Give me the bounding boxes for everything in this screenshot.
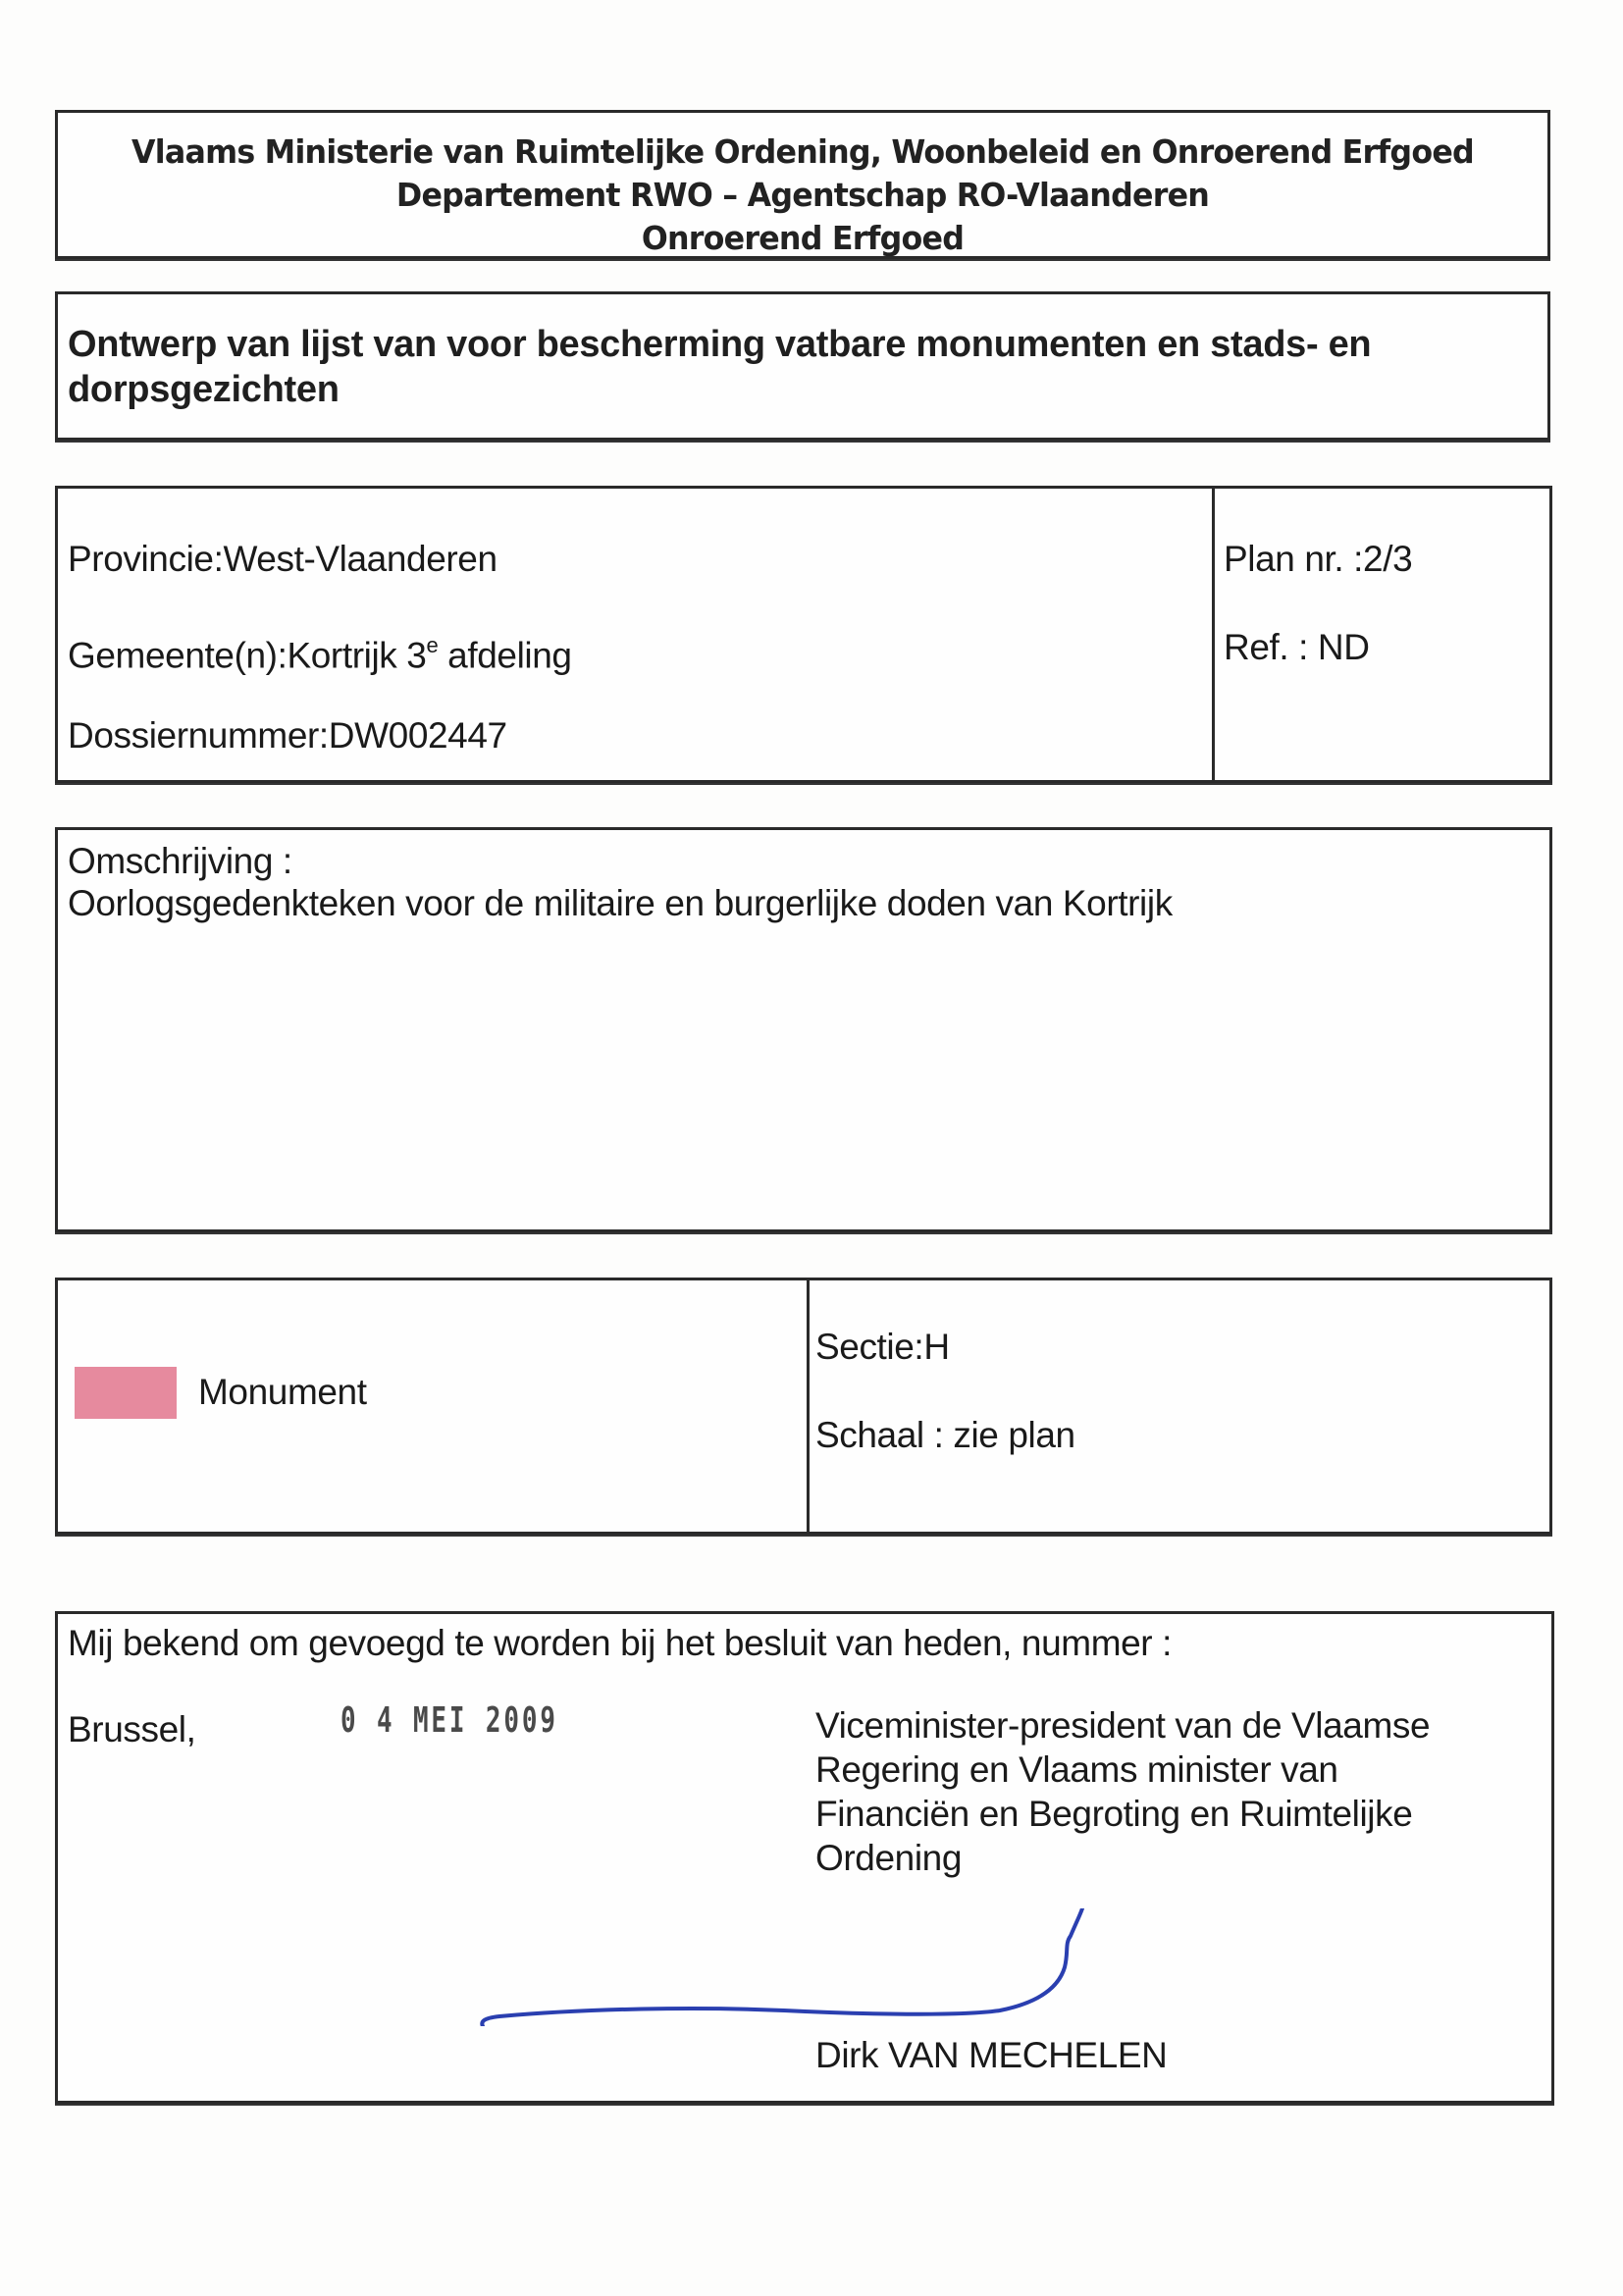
description-box: Omschrijving : Oorlogsgedenkteken voor d…	[55, 827, 1552, 1232]
schaal-field: Schaal : zie plan	[815, 1414, 1075, 1457]
document-title: Ontwerp van lijst van voor bescherming v…	[68, 322, 1538, 412]
signature-box: Mij bekend om gevoegd te worden bij het …	[55, 1611, 1554, 2104]
signatory-title-line-1: Viceminister-president van de Vlaamse	[815, 1704, 1430, 1748]
location-details-box: Provincie:West-Vlaanderen Gemeente(n):Ko…	[55, 486, 1552, 783]
ministry-header: Vlaams Ministerie van Ruimtelijke Ordeni…	[55, 110, 1550, 259]
signatory-title-line-4: Ordening	[815, 1837, 962, 1880]
monument-color-swatch	[75, 1367, 177, 1419]
legend-box: Monument Sectie:H Schaal : zie plan	[55, 1278, 1552, 1535]
reference-field: Ref. : ND	[1224, 626, 1370, 669]
plan-number-field: Plan nr. :2/3	[1224, 538, 1412, 581]
column-divider	[807, 1280, 810, 1532]
ministry-name: Vlaams Ministerie van Ruimtelijke Ordeni…	[87, 130, 1517, 174]
sectie-field: Sectie:H	[815, 1326, 950, 1369]
gemeente-suffix: afdeling	[438, 635, 571, 675]
gemeente-prefix: Gemeente(n):Kortrijk 3	[68, 635, 426, 675]
column-divider	[1212, 489, 1215, 780]
description-label: Omschrijving :	[68, 840, 1540, 882]
gemeente-field: Gemeente(n):Kortrijk 3e afdeling	[68, 626, 572, 677]
agency-name: Onroerend Erfgoed	[87, 217, 1517, 260]
signatory-name: Dirk VAN MECHELEN	[815, 2034, 1167, 2077]
signatory-title-line-2: Regering en Vlaams minister van	[815, 1748, 1338, 1792]
document-title-box: Ontwerp van lijst van voor bescherming v…	[55, 291, 1550, 441]
handwritten-signature-icon	[470, 1908, 1118, 2026]
date-stamp: 0 4 MEI 2009	[340, 1700, 558, 1741]
legend-label-monument: Monument	[198, 1371, 367, 1414]
signatory-title-line-3: Financiën en Begroting en Ruimtelijke	[815, 1793, 1412, 1836]
approval-statement: Mij bekend om gevoegd te worden bij het …	[68, 1622, 1172, 1665]
provincie-field: Provincie:West-Vlaanderen	[68, 538, 497, 581]
dossiernummer-field: Dossiernummer:DW002447	[68, 714, 507, 757]
description-text: Oorlogsgedenkteken voor de militaire en …	[68, 882, 1540, 924]
place-label: Brussel,	[68, 1708, 195, 1751]
department-name: Departement RWO – Agentschap RO-Vlaander…	[87, 174, 1517, 217]
gemeente-superscript: e	[426, 633, 438, 657]
